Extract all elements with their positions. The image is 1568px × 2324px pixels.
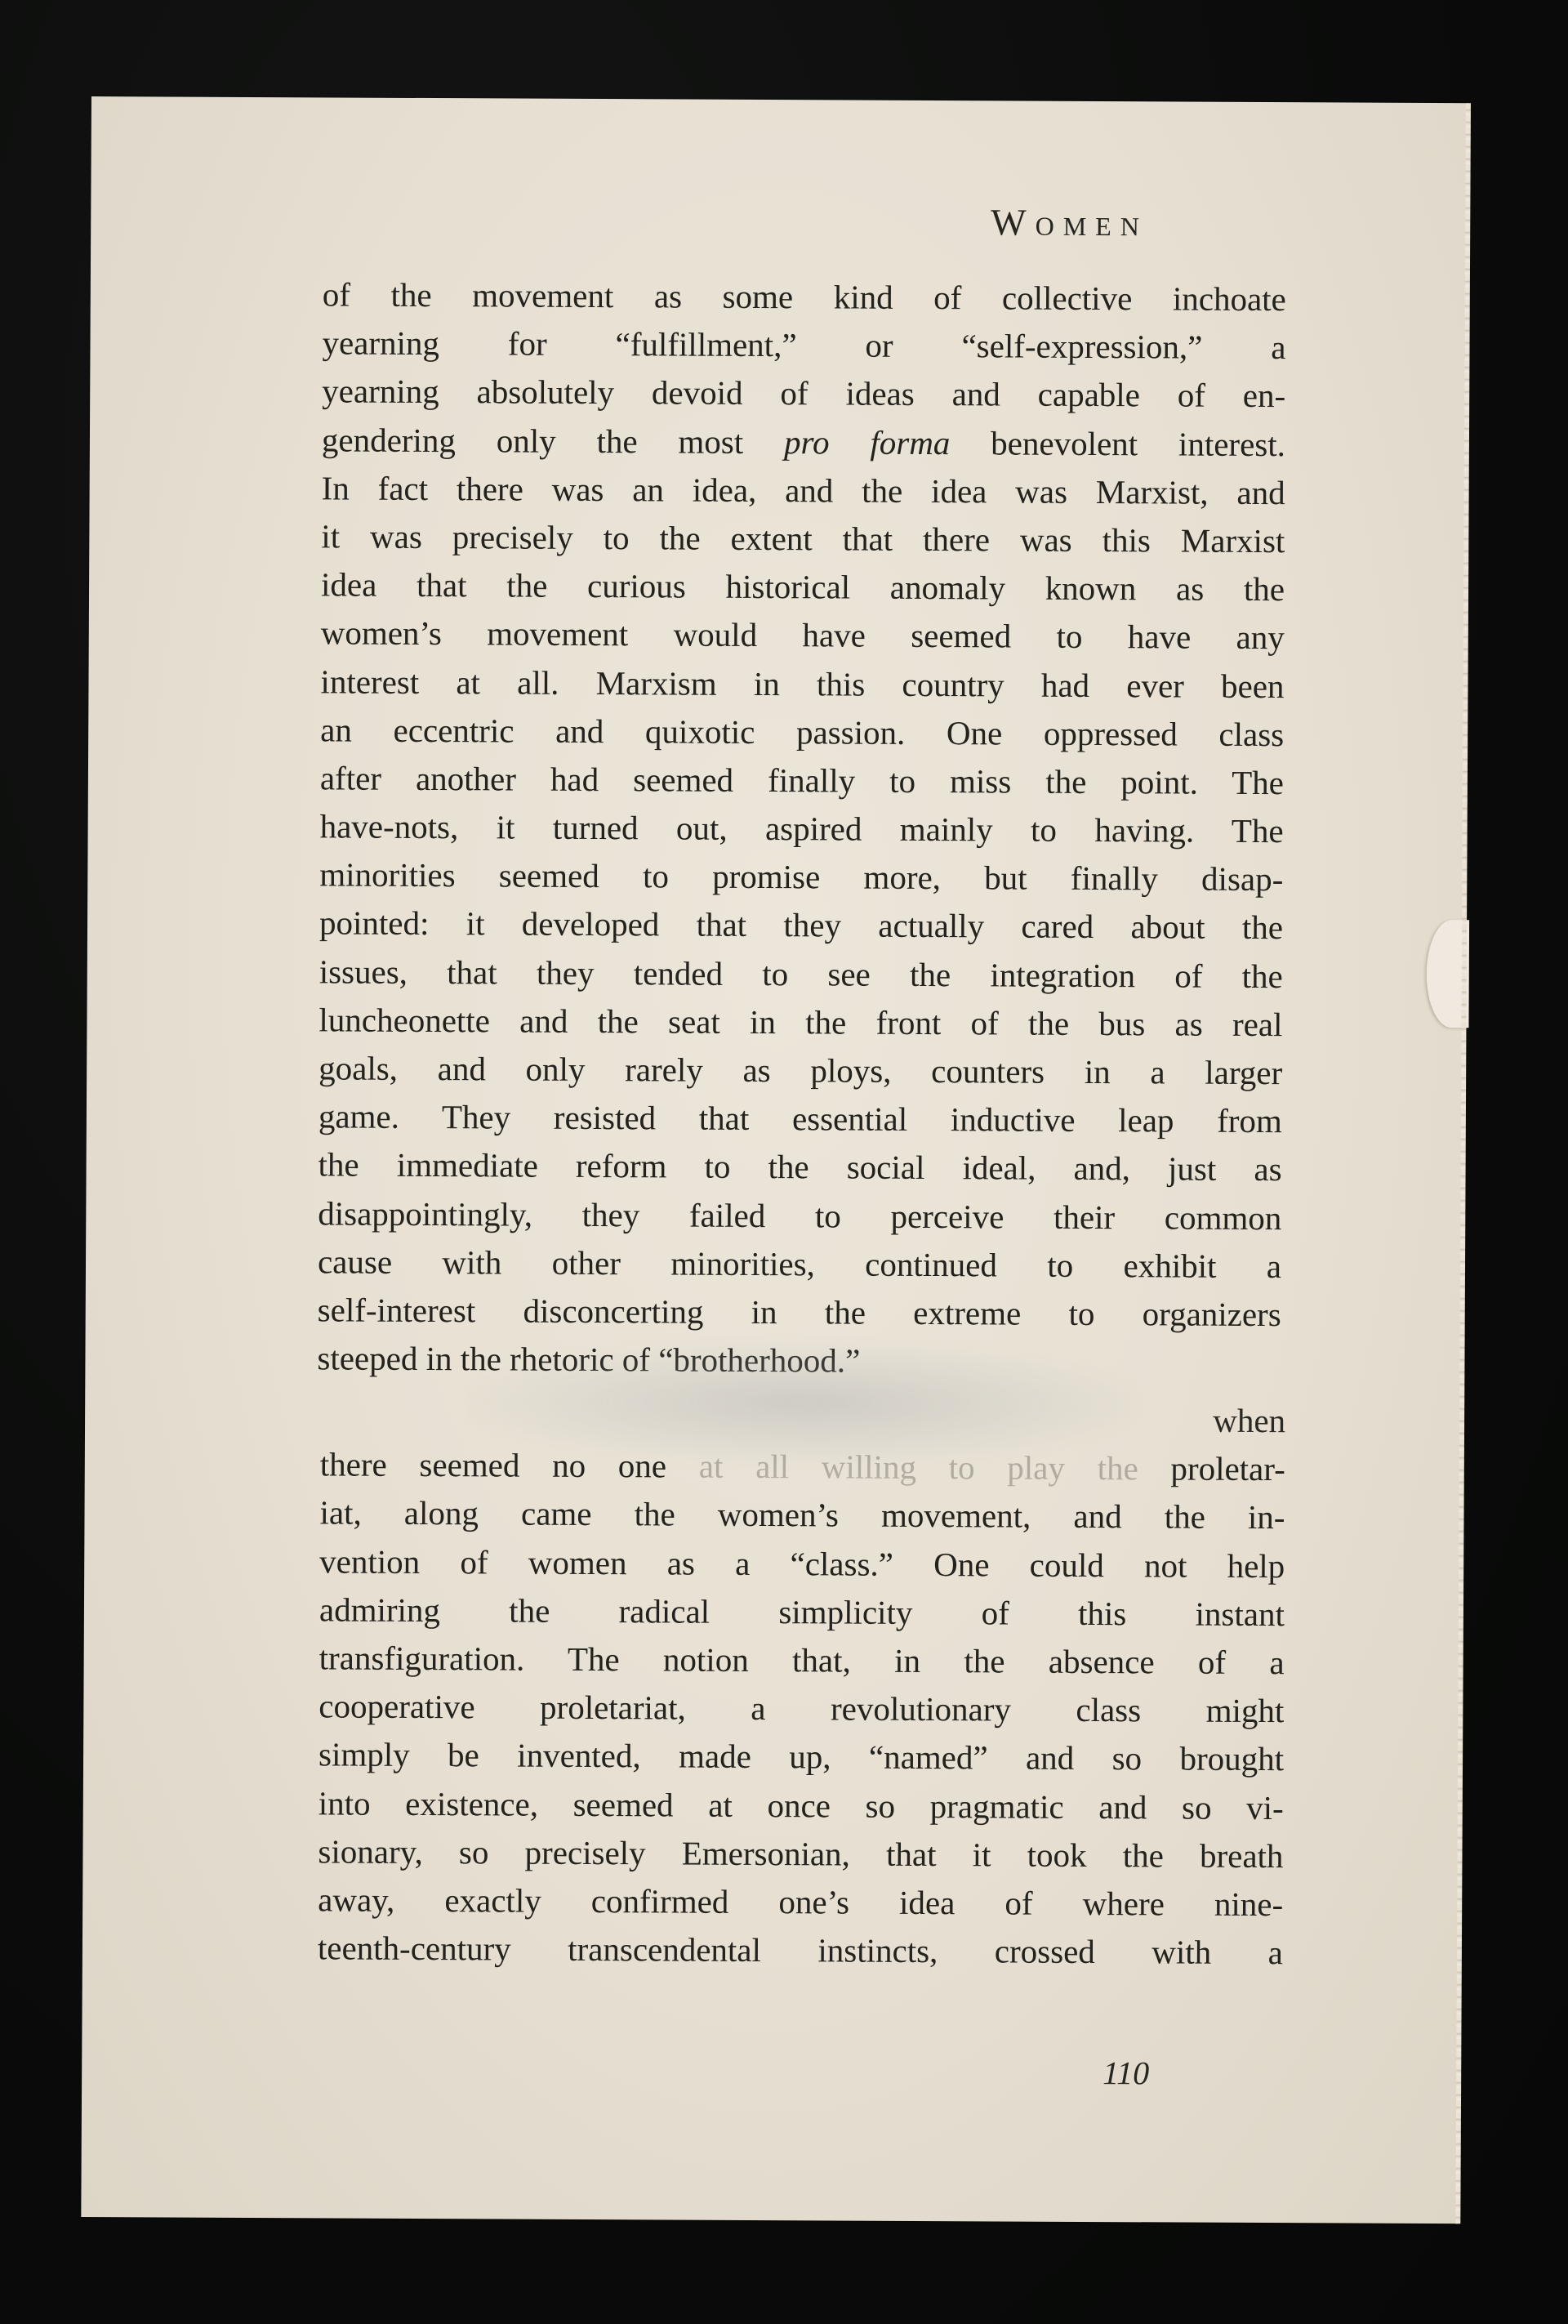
text-line: it was precisely to the extent that ther… [321,512,1285,565]
text-line: admiring the radical simplicity of this … [319,1586,1285,1639]
faded-text-segment: at all willing to play the [699,1447,1171,1488]
text-line: women’s movement would have seemed to ha… [321,609,1285,662]
damaged-line: there seemed no one at all willing to pl… [320,1441,1285,1494]
paragraph-1: of the movement as some kind of collecti… [317,270,1286,1387]
effaced-line: when [320,1392,1285,1445]
text-line: cause with other minorities, continued t… [318,1238,1281,1291]
text-line: cooperative proletariat, a revolutionary… [318,1683,1284,1736]
text-line: into existence, seemed at once so pragma… [318,1779,1284,1832]
text-line: issues, that they tended to see the inte… [319,948,1283,1001]
text-line: an eccentric and quixotic passion. One o… [320,706,1284,759]
text-line: yearning absolutely devoid of ideas and … [322,368,1285,421]
text-line: goals, and only rarely as ploys, counter… [318,1044,1282,1097]
text-line: away, exactly confirmed one’s idea of wh… [318,1876,1283,1929]
text-line: game. They resisted that essential induc… [318,1093,1282,1146]
text-line: pointed: it developed that they actually… [319,899,1283,952]
text-line: of the movement as some kind of collecti… [323,270,1286,323]
text-line: In fact there was an idea, and the idea … [322,464,1285,517]
text-line: teenth-century transcendental instincts,… [318,1924,1283,1977]
italic-phrase: pro forma [784,423,950,462]
text-line: luncheonette and the seat in the front o… [318,996,1282,1049]
text-line: idea that the curious historical anomaly… [321,561,1285,614]
text-line: iat, along came the women’s movement, an… [319,1489,1285,1542]
text-line: simply be invented, made up, “named” and… [318,1731,1284,1784]
text-segment: there seemed no one [320,1446,699,1485]
text-line: have-nots, it turned out, aspired mainly… [319,802,1283,855]
text-line: self-interest disconcerting in the extre… [318,1286,1281,1339]
book-page: Women of the movement as some kind of co… [81,96,1468,2224]
paragraph-2: when there seemed no one at all willing … [318,1392,1285,1977]
text-line: disappointingly, they failed to perceive… [318,1189,1281,1242]
text-line: yearning for “fulfillment,” or “self-exp… [322,319,1285,372]
running-head: Women [991,200,1148,244]
visible-word: when [1213,1397,1285,1446]
text-segment: proletar- [1170,1450,1285,1488]
text-line: interest at all. Marxism in this country… [320,658,1284,711]
text-line: after another had seemed finally to miss… [320,754,1284,807]
text-line: sionary, so precisely Emersonian, that i… [318,1827,1283,1880]
page-number: 110 [1102,2054,1149,2092]
torn-paper-flap [1426,920,1469,1028]
text-line-with-italic: gendering only the most pro forma benevo… [322,416,1285,469]
text-line: vention of women as a “class.” One could… [319,1537,1285,1590]
text-line: minorities seemed to promise more, but f… [319,851,1283,904]
text-line: the immediate reform to the social ideal… [318,1141,1281,1194]
text-segment: benevolent interest. [950,424,1285,463]
text-line: transfiguration. The notion that, in the… [319,1634,1285,1687]
text-segment: gendering only the most [322,421,784,461]
